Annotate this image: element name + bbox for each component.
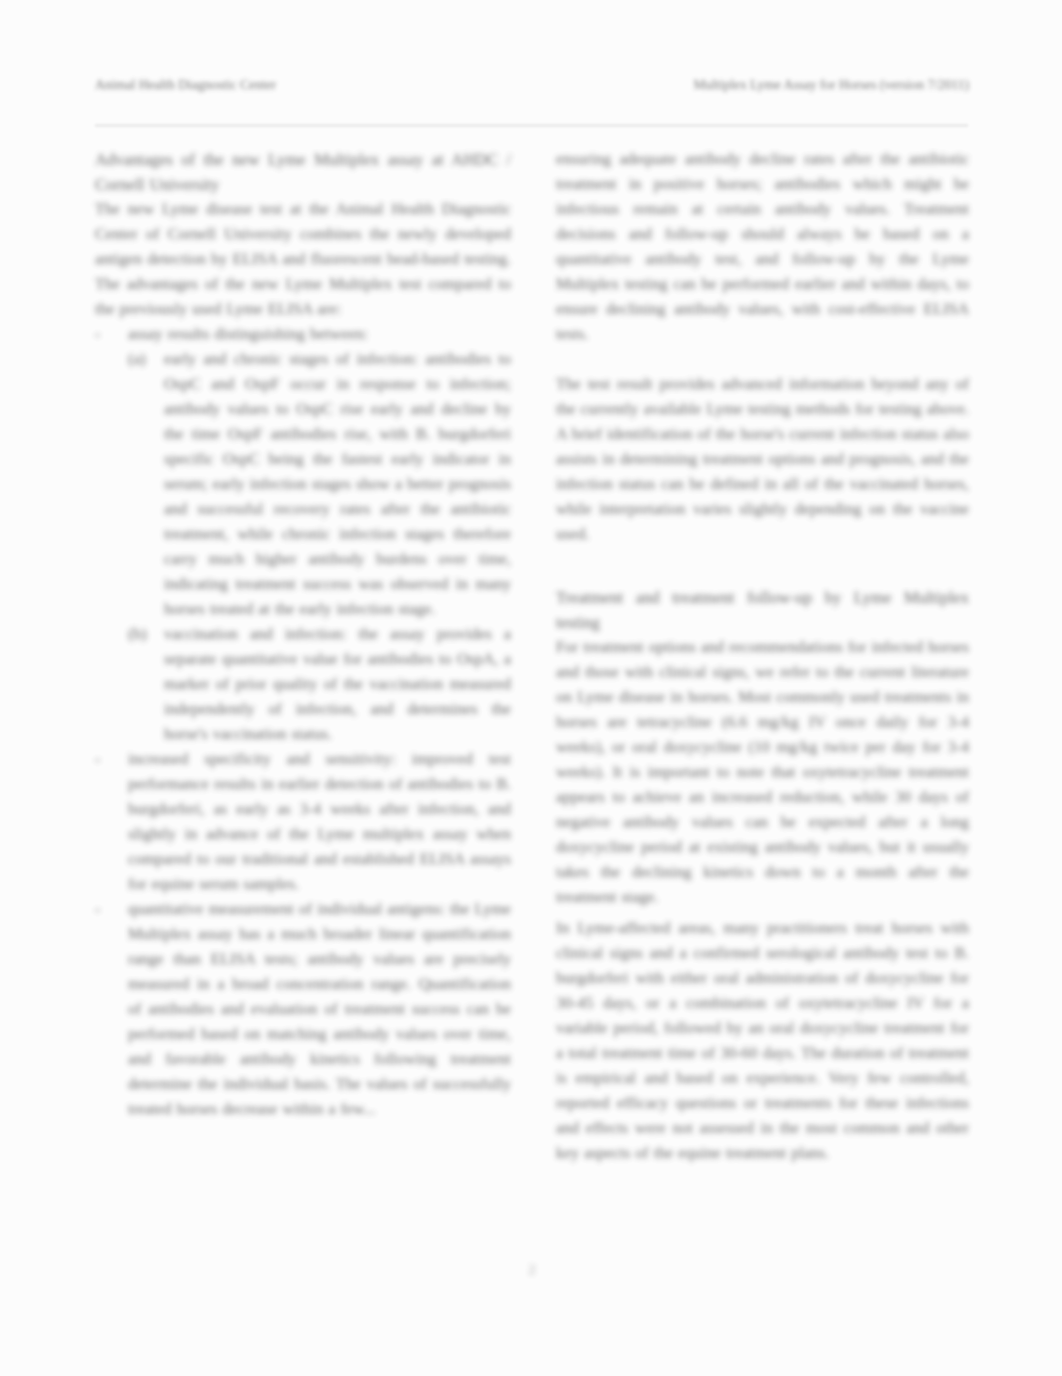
sub-item-b-text: vaccination and infection: the assay pro… — [164, 622, 511, 747]
bullet-dash: - — [95, 897, 128, 922]
header-right-text: Multiplex Lyme Assay for Horses (version… — [694, 76, 969, 93]
header-divider-rule — [95, 124, 968, 127]
intro-paragraph: The new Lyme disease test at the Animal … — [95, 197, 511, 322]
bullet-dash: - — [95, 322, 128, 347]
document-body: Advantages of the new Lyme Multiplex ass… — [95, 147, 969, 1166]
list-item-specificity: - increased specificity and sensitivity:… — [95, 747, 511, 897]
page-header: Animal Health Diagnostic Center Multiple… — [95, 76, 969, 93]
sub-item-a: (a) early and chronic stages of infectio… — [128, 347, 511, 622]
section-heading-treatment: Treatment and treatment follow-up by Lym… — [556, 585, 969, 635]
sub-item-b-marker: (b) — [128, 622, 164, 647]
list-item-assay-results: - assay results distinguishing between: … — [95, 322, 511, 747]
document-page: Animal Health Diagnostic Center Multiple… — [0, 0, 1062, 1376]
left-column: Advantages of the new Lyme Multiplex ass… — [95, 147, 511, 1166]
section-heading-advantages: Advantages of the new Lyme Multiplex ass… — [95, 147, 511, 197]
continuation-paragraph: ensuring adequate antibody decline rates… — [556, 147, 969, 347]
treatment-options-paragraph: For treatment options and recommendation… — [556, 635, 969, 910]
list-item-specificity-text: increased specificity and sensitivity: i… — [128, 747, 511, 897]
sub-item-b: (b) vaccination and infection: the assay… — [128, 622, 511, 747]
page-number: 2 — [529, 1263, 536, 1278]
sub-item-a-text: early and chronic stages of infection: a… — [164, 347, 511, 622]
list-item-quantitative-text: quantitative measurement of individual a… — [128, 897, 511, 1122]
list-item-quantitative: - quantitative measurement of individual… — [95, 897, 511, 1122]
page-footer: 2 — [95, 1263, 969, 1279]
test-result-paragraph: The test result provides advanced inform… — [556, 372, 969, 547]
list-item-body: assay results distinguishing between: (a… — [128, 322, 511, 747]
lyme-areas-paragraph: In Lyme-affected areas, many practitione… — [556, 916, 969, 1166]
sub-item-a-marker: (a) — [128, 347, 164, 372]
list-item-label: assay results distinguishing between: — [128, 322, 511, 347]
right-column: ensuring adequate antibody decline rates… — [556, 147, 969, 1166]
bullet-dash: - — [95, 747, 128, 772]
header-left-text: Animal Health Diagnostic Center — [95, 76, 276, 93]
